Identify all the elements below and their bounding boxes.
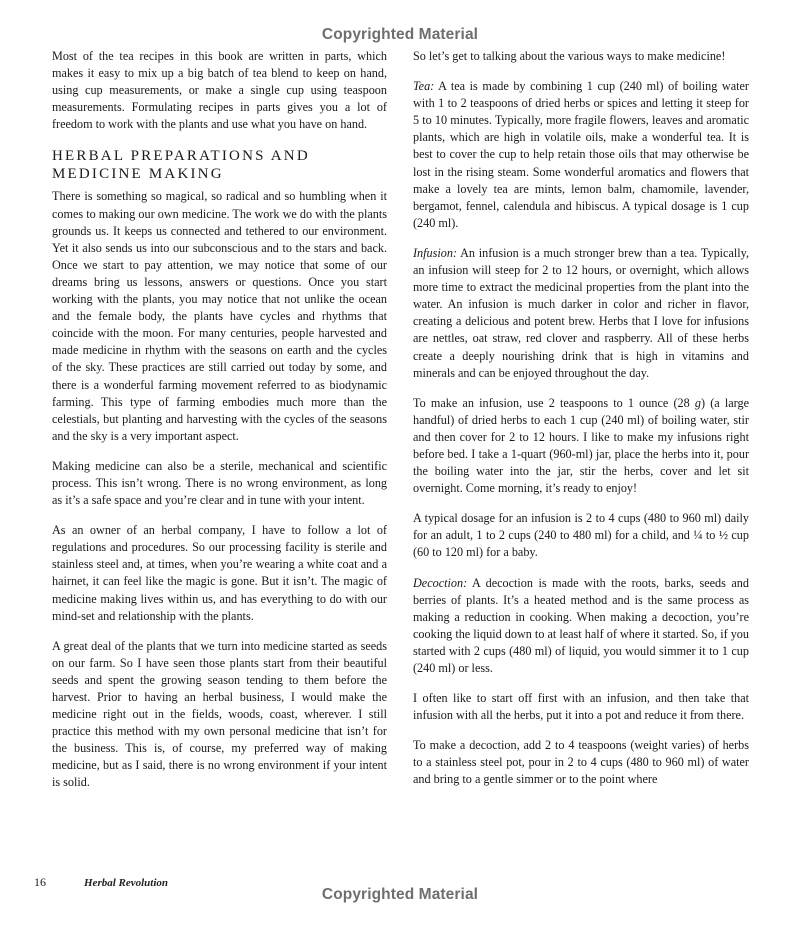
paragraph-magical: There is something so magical, so radica…	[52, 188, 387, 444]
right-column: So let’s get to talking about the variou…	[413, 48, 749, 802]
infusion-howto-part-b: ) (a large handful) of dried herbs to ea…	[413, 396, 749, 495]
paragraph-intro: So let’s get to talking about the variou…	[413, 48, 749, 65]
paragraph-often: I often like to start off first with an …	[413, 690, 749, 724]
paragraph-infusion-howto: To make an infusion, use 2 teaspoons to …	[413, 395, 749, 498]
paragraph-sterile: Making medicine can also be a sterile, m…	[52, 458, 387, 509]
term-tea: Tea:	[413, 79, 434, 93]
paragraph-decoction-howto: To make a decoction, add 2 to 4 teaspoon…	[413, 737, 749, 788]
paragraph-tea: Tea: A tea is made by combining 1 cup (2…	[413, 78, 749, 232]
copyright-watermark-bottom: Copyrighted Material	[0, 886, 800, 904]
heading-line-1: HERBAL PREPARATIONS AND	[52, 148, 310, 164]
infusion-description: An infusion is a much stronger brew than…	[413, 246, 749, 380]
term-infusion: Infusion:	[413, 246, 457, 260]
paragraph-infusion-dosage: A typical dosage for an infusion is 2 to…	[413, 510, 749, 561]
infusion-howto-part-a: To make an infusion, use 2 teaspoons to …	[413, 396, 695, 410]
term-decoction: Decoction:	[413, 576, 467, 590]
paragraph-infusion: Infusion: An infusion is a much stronger…	[413, 245, 749, 382]
decoction-description: A decoction is made with the roots, bark…	[413, 576, 749, 675]
paragraph-decoction: Decoction: A decoction is made with the …	[413, 575, 749, 678]
paragraph-tea-recipes: Most of the tea recipes in this book are…	[52, 48, 387, 133]
tea-description: A tea is made by combining 1 cup (240 ml…	[413, 79, 749, 230]
section-heading: HERBAL PREPARATIONS AND MEDICINE MAKING	[52, 147, 387, 183]
paragraph-seeds-farm: A great deal of the plants that we turn …	[52, 638, 387, 792]
left-column: Most of the tea recipes in this book are…	[52, 48, 387, 805]
heading-line-2: MEDICINE MAKING	[52, 166, 224, 182]
paragraph-herbal-company: As an owner of an herbal company, I have…	[52, 522, 387, 625]
copyright-watermark-top: Copyrighted Material	[0, 26, 800, 44]
